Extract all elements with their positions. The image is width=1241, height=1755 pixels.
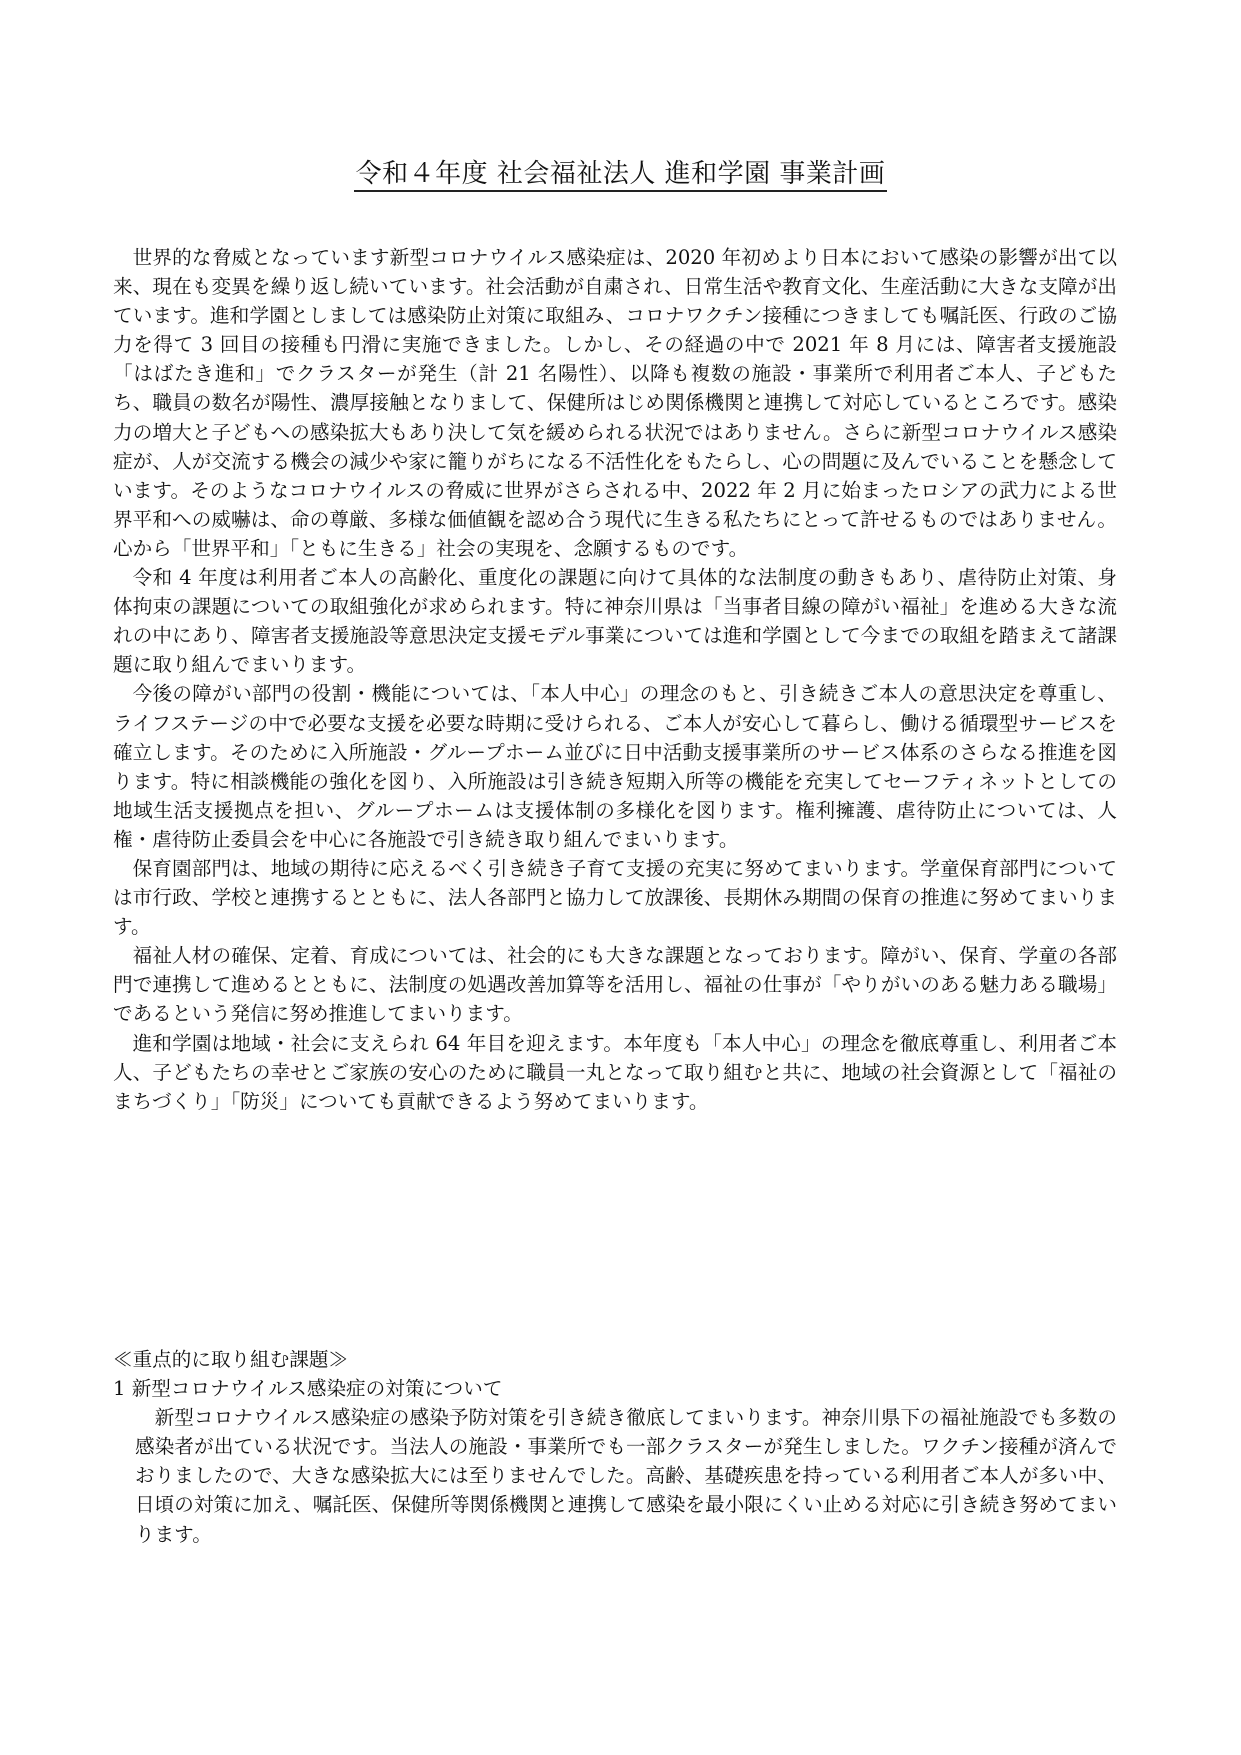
priority-issues-heading: ≪重点的に取り組む課題≫ — [113, 1345, 1117, 1374]
paragraph-disability-division: 今後の障がい部門の役割・機能については、「本人中心」の理念のもと、引き続きご本人… — [113, 679, 1117, 854]
paragraph-nursery-division: 保育園部門は、地域の期待に応えるべく引き続き子育て支援の充実に努めてまいります。… — [113, 854, 1117, 941]
paragraph-anniversary: 進和学園は地域・社会に支えられ 64 年目を迎えます。本年度も「本人中心」の理念… — [113, 1029, 1117, 1116]
paragraph-welfare-staffing: 福祉人材の確保、定着、育成については、社会的にも大きな課題となっております。障が… — [113, 941, 1117, 1028]
priority-item-body: 新型コロナウイルス感染症の感染予防対策を引き続き徹底してまいります。神奈川県下の… — [135, 1403, 1117, 1548]
priority-issues-section: ≪重点的に取り組む課題≫ 1 新型コロナウイルス感染症の対策について 新型コロナ… — [113, 1345, 1117, 1549]
document-title: 令和４年度 社会福祉法人 進和学園 事業計画 — [0, 156, 1241, 192]
paragraph-covid-and-peace: 世界的な脅威となっています新型コロナウイルス感染症は、2020 年初めより日本に… — [113, 243, 1117, 563]
document-title-text: 令和４年度 社会福祉法人 進和学園 事業計画 — [354, 159, 888, 192]
paragraph-fiscal-year-policy: 令和 4 年度は利用者ご本人の高齢化、重度化の課題に向けて具体的な法制度の動きも… — [113, 563, 1117, 679]
priority-item-title: 1 新型コロナウイルス感染症の対策について — [113, 1374, 1117, 1403]
document-body: 世界的な脅威となっています新型コロナウイルス感染症は、2020 年初めより日本に… — [113, 243, 1117, 1116]
document-page: 令和４年度 社会福祉法人 進和学園 事業計画 世界的な脅威となっています新型コロ… — [0, 0, 1241, 1755]
